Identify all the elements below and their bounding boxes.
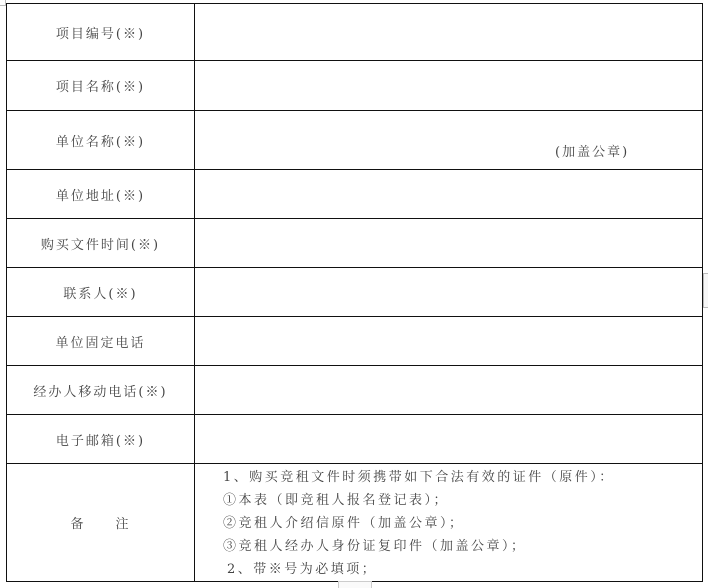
- table-row: 单位名称(※) (加盖公章): [7, 111, 703, 170]
- field-label: 单位名称(※): [7, 111, 195, 170]
- table-move-handle[interactable]: [338, 581, 372, 588]
- table-row: 联系人(※): [7, 268, 703, 317]
- remarks-label: 备 注: [7, 464, 195, 582]
- field-label: 项目编号(※): [7, 4, 195, 61]
- remark-line: 2、带※号为必填项；: [223, 558, 702, 581]
- remarks-row: 备 注 1、购买竞租文件时须携带如下合法有效的证件（原件）： ①本表（即竞租人报…: [7, 464, 703, 582]
- field-label: 联系人(※): [7, 268, 195, 317]
- table-row: 单位地址(※): [7, 170, 703, 219]
- table-row: 电子邮箱(※): [7, 415, 703, 464]
- company-name-field[interactable]: (加盖公章): [195, 111, 703, 170]
- table-row: 项目编号(※): [7, 4, 703, 61]
- remark-line: ③竞租人经办人身份证复印件（加盖公章）；: [223, 535, 702, 558]
- field-label: 单位固定电话: [7, 317, 195, 366]
- remark-line: ②竞租人介绍信原件（加盖公章）；: [223, 512, 702, 535]
- field-label: 经办人移动电话(※): [7, 366, 195, 415]
- purchase-time-field[interactable]: [195, 219, 703, 268]
- project-name-field[interactable]: [195, 61, 703, 111]
- remarks-content: 1、购买竞租文件时须携带如下合法有效的证件（原件）： ①本表（即竞租人报名登记表…: [195, 464, 703, 582]
- field-label: 电子邮箱(※): [7, 415, 195, 464]
- table-row: 经办人移动电话(※): [7, 366, 703, 415]
- company-address-field[interactable]: [195, 170, 703, 219]
- contact-person-field[interactable]: [195, 268, 703, 317]
- table-resize-handle[interactable]: [703, 273, 708, 308]
- landline-field[interactable]: [195, 317, 703, 366]
- field-label: 购买文件时间(※): [7, 219, 195, 268]
- remark-line: ①本表（即竞租人报名登记表）；: [223, 489, 702, 512]
- field-label: 项目名称(※): [7, 61, 195, 111]
- field-label: 单位地址(※): [7, 170, 195, 219]
- email-field[interactable]: [195, 415, 703, 464]
- seal-note: (加盖公章): [555, 141, 629, 160]
- registration-form-table: 项目编号(※) 项目名称(※) 单位名称(※) (加盖公章) 单位地址(※) 购…: [6, 3, 703, 582]
- table-row: 购买文件时间(※): [7, 219, 703, 268]
- project-number-field[interactable]: [195, 4, 703, 61]
- remark-line: 1、购买竞租文件时须携带如下合法有效的证件（原件）：: [223, 466, 702, 489]
- table-row: 单位固定电话: [7, 317, 703, 366]
- table-row: 项目名称(※): [7, 61, 703, 111]
- mobile-phone-field[interactable]: [195, 366, 703, 415]
